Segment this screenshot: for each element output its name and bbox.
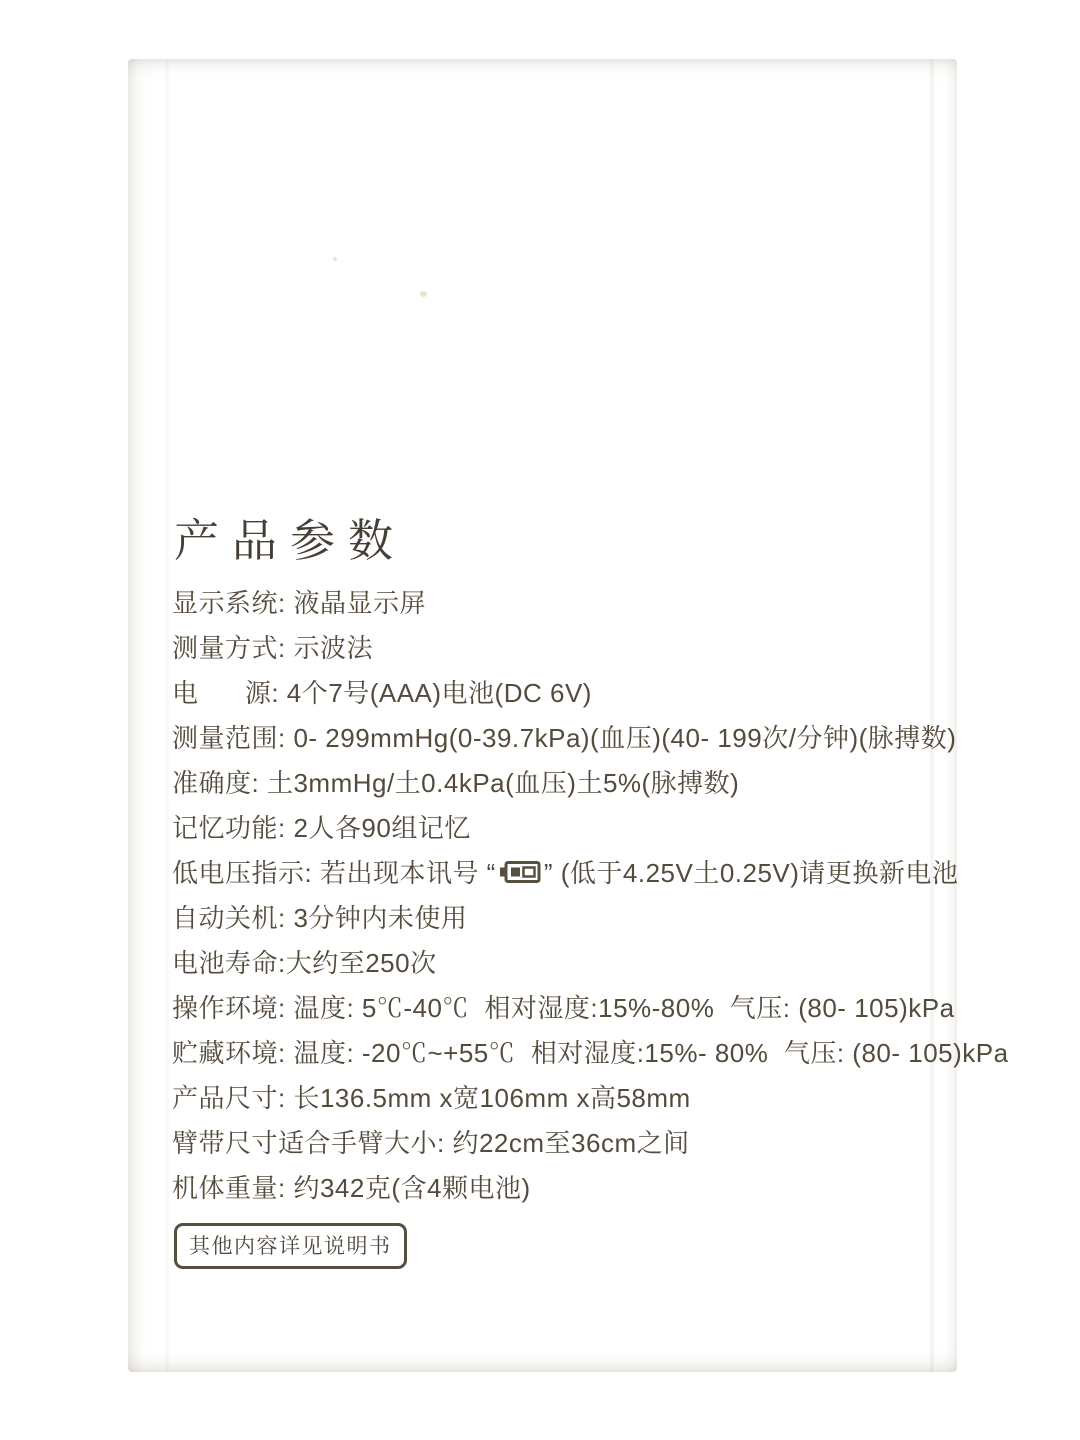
photo-background: 产品参数 显示系统: 液晶显示屏 测量方式: 示波法 电 源: 4个7号(AAA…	[0, 0, 1080, 1440]
spec-row-memory: 记忆功能: 2人各90组记忆	[172, 806, 942, 851]
product-box-back-panel: 产品参数 显示系统: 液晶显示屏 测量方式: 示波法 电 源: 4个7号(AAA…	[128, 59, 957, 1372]
low-battery-icon	[499, 859, 541, 885]
spec-row-display-system: 显示系统: 液晶显示屏	[172, 581, 942, 626]
low-voltage-suffix-text: ” (低于4.25V土0.25V)请更换新电池	[544, 858, 959, 888]
spec-row-operating-environment: 操作环境: 温度: 5℃-40℃ 相对湿度:15%-80% 气压: (80- 1…	[172, 986, 942, 1031]
spec-row-storage-environment: 贮藏环境: 温度: -20℃~+55℃ 相对湿度:15%- 80% 气压: (8…	[172, 1031, 942, 1076]
spec-panel: 产品参数 显示系统: 液晶显示屏 测量方式: 示波法 电 源: 4个7号(AAA…	[172, 59, 942, 1269]
page-title: 产品参数	[174, 518, 942, 564]
spec-row-low-voltage: 低电压指示: 若出现本讯号 “” (低于4.25V土0.25V)请更换新电池	[172, 851, 942, 896]
spec-row-accuracy: 准确度: 土3mmHg/土0.4kPa(血压)土5%(脉搏数)	[172, 761, 942, 806]
spec-row-dimensions: 产品尺寸: 长136.5mm x宽106mm x高58mm	[172, 1076, 942, 1121]
spec-row-cuff-size: 臂带尺寸适合手臂大小: 约22cm至36cm之间	[172, 1121, 942, 1166]
spec-row-measure-range: 测量范围: 0- 299mmHg(0-39.7kPa)(血压)(40- 199次…	[172, 716, 942, 761]
spec-row-auto-off: 自动关机: 3分钟内未使用	[172, 896, 942, 941]
spec-list: 显示系统: 液晶显示屏 测量方式: 示波法 电 源: 4个7号(AAA)电池(D…	[172, 581, 942, 1211]
footer-note-box: 其他内容详见说明书	[174, 1223, 407, 1269]
spec-row-weight: 机体重量: 约342克(含4颗电池)	[172, 1166, 942, 1211]
low-voltage-prefix-text: 低电压指示: 若出现本讯号 “	[172, 858, 496, 888]
spec-row-battery-life: 电池寿命:大约至250次	[172, 941, 942, 986]
spec-row-measure-method: 测量方式: 示波法	[172, 626, 942, 671]
box-left-crease	[166, 59, 170, 1372]
spec-row-power: 电 源: 4个7号(AAA)电池(DC 6V)	[172, 671, 942, 716]
footer-note-text: 其他内容详见说明书	[189, 1235, 392, 1258]
